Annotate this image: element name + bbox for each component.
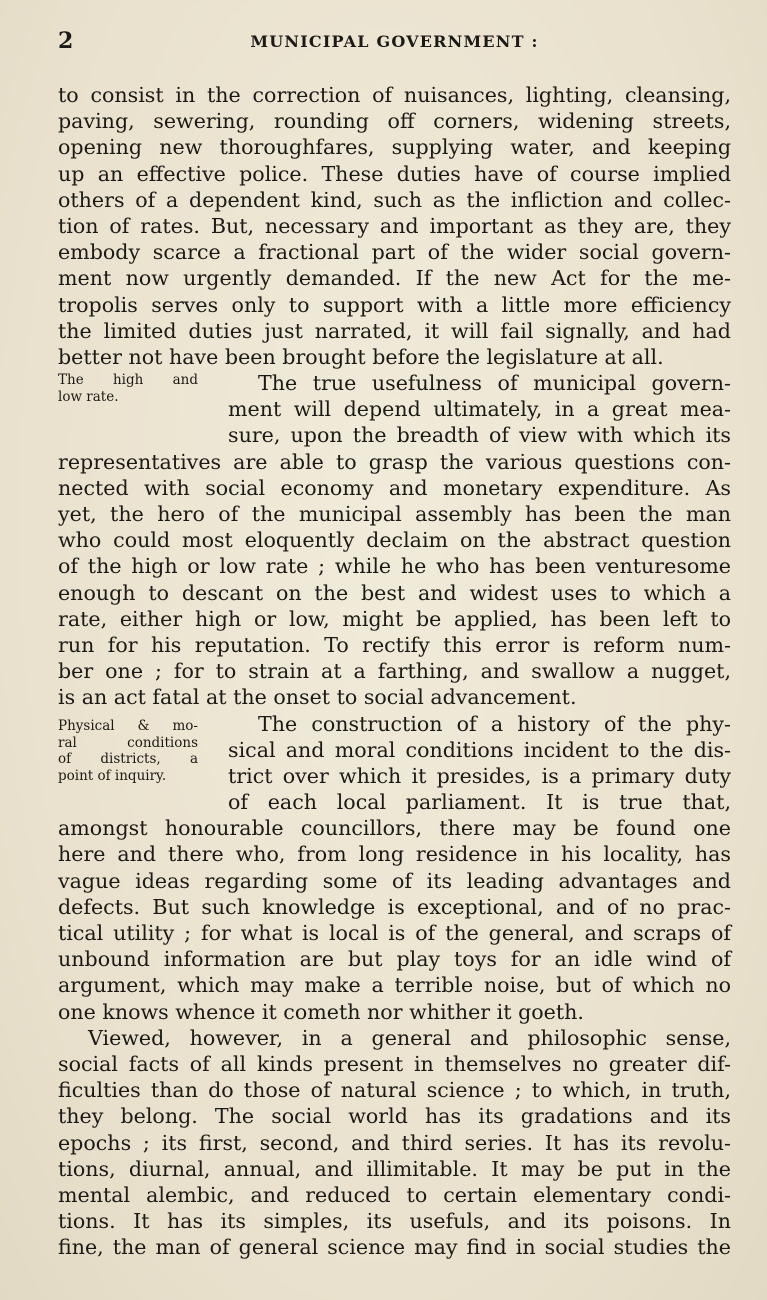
text-line: ficulties than do those of natural scien…	[58, 1077, 731, 1103]
text-line: others of a dependent kind, such as the …	[58, 187, 731, 213]
body-text: to consist in the correction of nuisance…	[58, 82, 731, 1260]
text-line: ment will depend ultimately, in a great …	[58, 396, 731, 422]
text-line: tropolis serves only to support with a l…	[58, 292, 731, 318]
text-line: to consist in the correction of nuisance…	[58, 82, 731, 108]
text-line: enough to descant on the best and widest…	[58, 580, 731, 606]
text-line: defects. But such knowledge is exception…	[58, 894, 731, 920]
text-line: of each local parliament. It is true tha…	[58, 789, 731, 815]
text-line: run for his reputation. To rectify this …	[58, 632, 731, 658]
book-page: 2 MUNICIPAL GOVERNMENT : The high and lo…	[0, 0, 767, 1300]
text-line: embody scarce a fractional part of the w…	[58, 239, 731, 265]
text-line: tions. It has its simples, its usefuls, …	[58, 1208, 731, 1234]
running-title: MUNICIPAL GOVERNMENT :	[58, 32, 731, 51]
text-line: is an act fatal at the onset to social a…	[58, 684, 731, 710]
text-line: sure, upon the breadth of view with whic…	[58, 422, 731, 448]
text-line: argument, which may make a terrible nois…	[58, 972, 731, 998]
text-line: The true usefulness of municipal govern-	[58, 370, 731, 396]
text-line: who could most eloquently declaim on the…	[58, 527, 731, 553]
page-header: 2 MUNICIPAL GOVERNMENT :	[58, 28, 731, 58]
text-line: up an effective police. These duties hav…	[58, 161, 731, 187]
text-line: ment now urgently demanded. If the new A…	[58, 265, 731, 291]
text-line: here and there who, from long residence …	[58, 841, 731, 867]
text-line: nected with social economy and monetary …	[58, 475, 731, 501]
text-line: tions, diurnal, annual, and illimitable.…	[58, 1156, 731, 1182]
text-line: better not have been brought before the …	[58, 344, 731, 370]
text-line: trict over which it presides, is a prima…	[58, 763, 731, 789]
text-line: tical utility ; for what is local is of …	[58, 920, 731, 946]
text-line: representatives are able to grasp the va…	[58, 449, 731, 475]
text-line: the limited duties just narrated, it wil…	[58, 318, 731, 344]
text-line: ber one ; for to strain at a farthing, a…	[58, 658, 731, 684]
text-line: sical and moral conditions incident to t…	[58, 737, 731, 763]
text-line: Viewed, however, in a general and philos…	[58, 1025, 731, 1051]
text-line: of the high or low rate ; while he who h…	[58, 553, 731, 579]
text-line: one knows whence it cometh nor whither i…	[58, 999, 731, 1025]
text-line: rate, either high or low, might be appli…	[58, 606, 731, 632]
text-line: unbound information are but play toys fo…	[58, 946, 731, 972]
text-line: they belong. The social world has its gr…	[58, 1103, 731, 1129]
text-line: paving, sewering, rounding off corners, …	[58, 108, 731, 134]
text-line: opening new thoroughfares, supplying wat…	[58, 134, 731, 160]
text-line: yet, the hero of the municipal assembly …	[58, 501, 731, 527]
text-line: social facts of all kinds present in the…	[58, 1051, 731, 1077]
text-line: vague ideas regarding some of its leadin…	[58, 868, 731, 894]
text-line: amongst honourable councillors, there ma…	[58, 815, 731, 841]
text-line: mental alembic, and reduced to certain e…	[58, 1182, 731, 1208]
text-line: epochs ; its first, second, and third se…	[58, 1130, 731, 1156]
text-line: The construction of a history of the phy…	[58, 711, 731, 737]
text-line: fine, the man of general science may fin…	[58, 1234, 731, 1260]
text-line: tion of rates. But, necessary and import…	[58, 213, 731, 239]
